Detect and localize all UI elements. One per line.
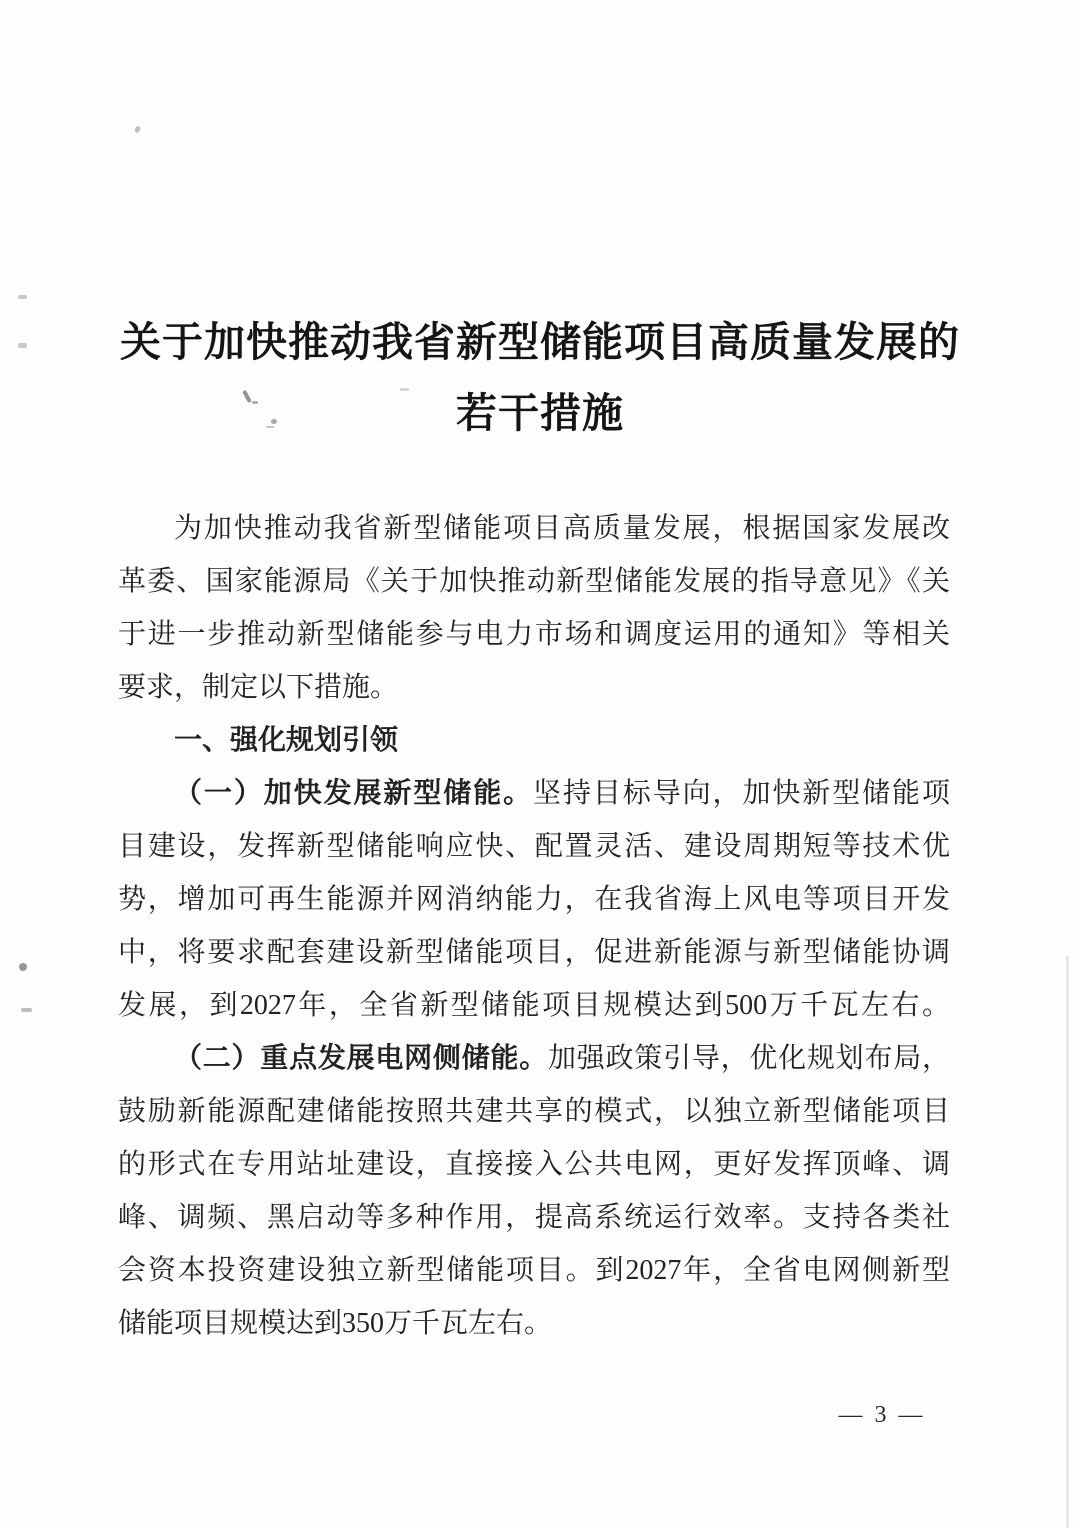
paragraph-line: （一）加快发展新型储能。坚持目标导向，加快新型储能项: [118, 767, 950, 820]
page-number: — 3 —: [822, 1400, 942, 1430]
document-page: 关于加快推动我省新型储能项目高质量发展的 若干措施 为加快推动我省新型储能项目高…: [0, 0, 1080, 1528]
document-title-line-2: 若干措施: [0, 384, 1080, 442]
paragraph-line: 于进一步推动新型储能参与电力市场和调度运用的通知》等相关: [118, 608, 950, 661]
paragraph-line: 鼓励新能源配建储能按照共建共享的模式，以独立新型储能项目: [118, 1085, 950, 1138]
scan-speck: [252, 401, 258, 404]
scan-speck: [18, 295, 27, 299]
document-title-line-1: 关于加快推动我省新型储能项目高质量发展的: [0, 312, 1080, 372]
scan-speck: [21, 1008, 32, 1012]
paragraph-line: 为加快推动我省新型储能项目高质量发展，根据国家发展改: [118, 502, 950, 555]
scan-speck: [400, 388, 409, 391]
paragraph-line: 中，将要求配套建设新型储能项目，促进新能源与新型储能协调: [118, 926, 950, 979]
paragraph-lead: （一）加快发展新型储能。: [174, 778, 533, 809]
paragraph-lead: （二）重点发展电网侧储能。: [174, 1043, 548, 1074]
scan-speck: [18, 343, 27, 348]
paragraph-line: （二）重点发展电网侧储能。加强政策引导，优化规划布局，: [118, 1032, 950, 1085]
paragraph-line: 目建设，发挥新型储能响应快、配置灵活、建设周期短等技术优: [118, 820, 950, 873]
scan-speck: [271, 419, 277, 424]
scan-speck: [19, 963, 27, 971]
scan-edge-line: [1066, 956, 1069, 1528]
paragraph-text: 加强政策引导，优化规划布局，: [548, 1043, 950, 1074]
paragraph-text: 坚持目标导向，加快新型储能项: [533, 778, 950, 809]
paragraph-line: 势，增加可再生能源并网消纳能力，在我省海上风电等项目开发: [118, 873, 950, 926]
document-body: 为加快推动我省新型储能项目高质量发展，根据国家发展改 革委、国家能源局《关于加快…: [118, 502, 950, 1350]
scan-speck: [266, 426, 274, 428]
scan-speck: [134, 125, 141, 133]
paragraph-line: 的形式在专用站址建设，直接接入公共电网，更好发挥顶峰、调: [118, 1138, 950, 1191]
paragraph-line: 要求，制定以下措施。: [118, 661, 950, 714]
paragraph-line: 革委、国家能源局《关于加快推动新型储能发展的指导意见》《关: [118, 555, 950, 608]
paragraph-line: 发展，到2027年，全省新型储能项目规模达到500万千瓦左右。: [118, 979, 950, 1032]
paragraph-line: 储能项目规模达到350万千瓦左右。: [118, 1297, 950, 1350]
paragraph-line: 会资本投资建设独立新型储能项目。到2027年，全省电网侧新型: [118, 1244, 950, 1297]
section-heading: 一、强化规划引领: [118, 714, 950, 767]
paragraph-line: 峰、调频、黑启动等多种作用，提高系统运行效率。支持各类社: [118, 1191, 950, 1244]
